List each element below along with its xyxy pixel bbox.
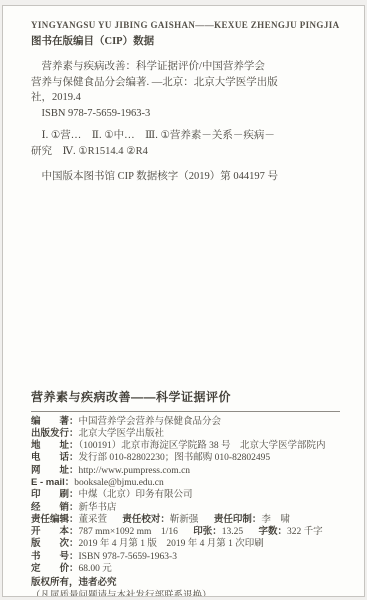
quality-note: （凡属质量问题请与本社发行部联系退换） bbox=[31, 590, 340, 597]
row-value: ISBN 978-7-5659-1963-3 bbox=[79, 552, 177, 562]
title-divider bbox=[31, 411, 340, 412]
row-label: 网 址： bbox=[31, 465, 79, 476]
format-pair: 开 本：787 mm×1092 mm 1/16 bbox=[31, 527, 178, 537]
staff-pair: 责任编辑：董采萱 bbox=[31, 515, 107, 525]
format-pair: 字数：322 千字 bbox=[258, 527, 322, 537]
row-value: 靳新强 bbox=[170, 515, 199, 525]
colophon-row-edition: 版 次：2019 年 4 月第 1 版 2019 年 4 月第 1 次印刷 bbox=[31, 538, 340, 550]
row-value: http://www.pumpress.com.cn bbox=[79, 466, 191, 476]
page-content: YINGYANGSU YU JIBING GAISHAN——KEXUE ZHEN… bbox=[3, 6, 364, 597]
row-label: 印 刷： bbox=[31, 489, 79, 500]
row-value: 13.25 bbox=[222, 527, 243, 537]
copyright-notice: 版权所有，违者必究 bbox=[31, 577, 340, 590]
row-label: E - mail： bbox=[31, 477, 74, 488]
row-label: 书 号： bbox=[31, 551, 79, 562]
pinyin-title: YINGYANGSU YU JIBING GAISHAN——KEXUE ZHEN… bbox=[31, 20, 340, 30]
colophon-row-author: 编 著：中国营养学会营养与保健食品分会 bbox=[31, 416, 340, 428]
row-value: 322 千字 bbox=[287, 527, 323, 537]
row-label: 责任编辑： bbox=[31, 514, 79, 525]
book-copyright-page: YINGYANGSU YU JIBING GAISHAN——KEXUE ZHEN… bbox=[2, 5, 365, 597]
row-label: 编 著： bbox=[31, 416, 79, 427]
row-value: booksale@bjmu.edu.cn bbox=[74, 478, 163, 488]
colophon-row-phone: 电 话：发行部 010-82802230；图书邮购 010-82802495 bbox=[31, 452, 340, 464]
colophon-row-address: 地 址：（100191）北京市海淀区学院路 38 号 北京大学医学部院内 bbox=[31, 440, 340, 452]
colophon-row-staff: 责任编辑：董采萱 责任校对：靳新强 责任印制：李 啸 bbox=[31, 514, 340, 526]
row-label: 定 价： bbox=[31, 563, 79, 574]
row-value: 中国营养学会营养与保健食品分会 bbox=[79, 417, 222, 427]
isbn-line: ISBN 978-7-5659-1963-3 bbox=[31, 106, 340, 122]
cip-class-line: Ⅰ. ①营… Ⅱ. ①中… Ⅲ. ①营养素－关系－疾病－ bbox=[31, 128, 340, 144]
cip-heading: 图书在版编目（CIP）数据 bbox=[31, 33, 340, 48]
row-label: 责任印制： bbox=[214, 514, 262, 525]
row-label: 印张： bbox=[193, 526, 222, 537]
cip-record-line: 营养与保健食品分会编著. —北京：北京大学医学出版 bbox=[31, 75, 340, 91]
row-label: 开 本： bbox=[31, 526, 79, 537]
row-label: 版 次： bbox=[31, 538, 79, 549]
row-value: 787 mm×1092 mm 1/16 bbox=[79, 527, 178, 537]
row-label: 电 话： bbox=[31, 452, 79, 463]
staff-pair: 责任校对：靳新强 bbox=[122, 515, 198, 525]
row-label: 出版发行： bbox=[31, 428, 79, 439]
colophon-row-printer: 印 刷：中煤（北京）印务有限公司 bbox=[31, 489, 340, 501]
row-value: 中煤（北京）印务有限公司 bbox=[79, 490, 193, 500]
row-label: 字数： bbox=[258, 526, 287, 537]
cip-classification-block: Ⅰ. ①营… Ⅱ. ①中… Ⅲ. ①营养素－关系－疾病－ 研究 Ⅳ. ①R151… bbox=[31, 128, 340, 159]
colophon-row-distributor: 经 销：新华书店 bbox=[31, 502, 340, 514]
row-value: 北京大学医学出版社 bbox=[79, 429, 165, 439]
row-label: 责任校对： bbox=[122, 514, 170, 525]
row-value: （100191）北京市海淀区学院路 38 号 北京大学医学部院内 bbox=[79, 441, 326, 451]
format-pair: 印张：13.25 bbox=[193, 527, 243, 537]
row-label: 经 销： bbox=[31, 502, 79, 513]
cip-record-line: 营养素与疾病改善：科学证据评价/中国营养学会 bbox=[31, 59, 340, 75]
colophon-book-title: 营养素与疾病改善——科学证据评价 bbox=[31, 388, 340, 405]
row-label: 地 址： bbox=[31, 440, 79, 451]
colophon-row-publisher: 出版发行：北京大学医学出版社 bbox=[31, 428, 340, 440]
row-value: 68.00 元 bbox=[79, 564, 112, 574]
cip-class-line: 研究 Ⅳ. ①R1514.4 ②R4 bbox=[31, 144, 340, 160]
colophon-row-isbn: 书 号：ISBN 978-7-5659-1963-3 bbox=[31, 551, 340, 563]
row-value: 发行部 010-82802230；图书邮购 010-82802495 bbox=[79, 453, 271, 463]
colophon-row-format: 开 本：787 mm×1092 mm 1/16 印张：13.25 字数：322 … bbox=[31, 526, 340, 538]
cip-registry-number: 中国版本图书馆 CIP 数据核字（2019）第 044197 号 bbox=[31, 169, 340, 185]
row-value: 2019 年 4 月第 1 版 2019 年 4 月第 1 次印刷 bbox=[79, 539, 264, 549]
cip-record-block: 营养素与疾病改善：科学证据评价/中国营养学会 营养与保健食品分会编著. —北京：… bbox=[31, 59, 340, 121]
colophon-row-price: 定 价：68.00 元 bbox=[31, 563, 340, 575]
cip-record-line: 社，2019.4 bbox=[31, 90, 340, 106]
blank-area bbox=[31, 185, 340, 388]
colophon-row-email: E - mail：booksale@bjmu.edu.cn bbox=[31, 477, 340, 489]
row-value: 李 啸 bbox=[261, 515, 290, 525]
staff-pair: 责任印制：李 啸 bbox=[214, 515, 290, 525]
row-value: 董采萱 bbox=[79, 515, 108, 525]
colophon-row-website: 网 址：http://www.pumpress.com.cn bbox=[31, 465, 340, 477]
row-value: 新华书店 bbox=[79, 503, 117, 513]
